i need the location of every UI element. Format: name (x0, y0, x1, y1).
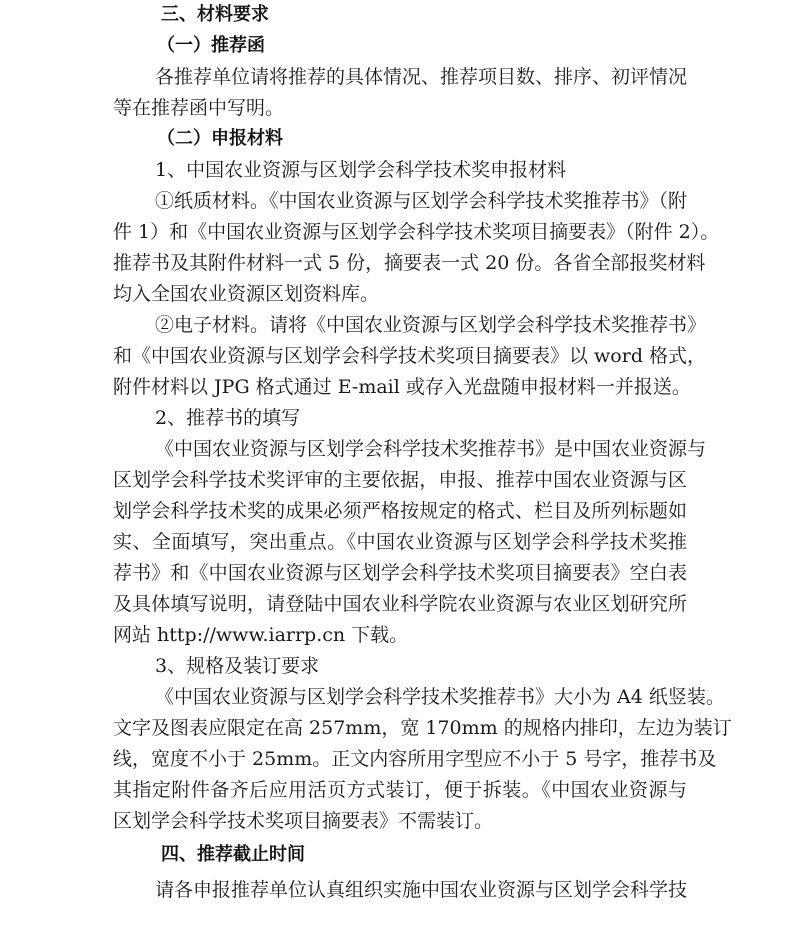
paragraph-line: 推荐书及其附件材料一式 5 份，摘要表一式 20 份。各省全部报奖材料 (113, 248, 687, 278)
item-3-heading: 3、规格及装订要求 (113, 651, 687, 681)
paragraph-line: 荐书》和《中国农业资源与区划学会科学技术奖项目摘要表》空白表 (113, 558, 687, 588)
paragraph-line: 及具体填写说明，请登陆中国农业科学院农业资源与农业区划研究所 (113, 589, 687, 619)
section-4-heading: 四、推荐截止时间 (113, 840, 687, 870)
paragraph-line: ②电子材料。请将《中国农业资源与区划学会科学技术奖推荐书》 (113, 310, 687, 340)
paragraph-line: ①纸质材料。《中国农业资源与区划学会科学技术奖推荐书》（附 (113, 186, 687, 216)
item-2-heading: 2、推荐书的填写 (113, 403, 687, 433)
paragraph-line: 《中国农业资源与区划学会科学技术奖推荐书》是中国农业资源与 (113, 434, 687, 464)
paragraph-line: 区划学会科学技术奖项目摘要表》不需装订。 (113, 806, 687, 836)
paragraph-line: 其指定附件备齐后应用活页方式装订，便于拆装。《中国农业资源与 (113, 775, 687, 805)
paragraph-line: 区划学会科学技术奖评审的主要依据，申报、推荐中国农业资源与区 (113, 465, 687, 495)
paragraph-line: 件 1）和《中国农业资源与区划学会科学技术奖项目摘要表》（附件 2）。 (113, 217, 687, 247)
paragraph-line: 划学会科学技术奖的成果必须严格按规定的格式、栏目及所列标题如 (113, 496, 687, 526)
paragraph-line: 等在推荐函中写明。 (113, 93, 687, 123)
paragraph-line: 线，宽度不小于 25mm。正文内容所用字型应不小于 5 号字，推荐书及 (113, 744, 687, 774)
paragraph-line: 实、全面填写，突出重点。《中国农业资源与区划学会科学技术奖推 (113, 527, 687, 557)
subsection-application-materials-heading: （二）申报材料 (113, 124, 687, 154)
paragraph-line: 文字及图表应限定在高 257mm，宽 170mm 的规格内排印，左边为装订 (113, 713, 687, 743)
paragraph-line: 附件材料以 JPG 格式通过 E-mail 或存入光盘随申报材料一并报送。 (113, 372, 687, 402)
paragraph-line: 请各申报推荐单位认真组织实施中国农业资源与区划学会科学技 (113, 875, 687, 905)
paragraph-line: 和《中国农业资源与区划学会科学技术奖项目摘要表》以 word 格式， (113, 341, 687, 371)
subsection-recommendation-letter-heading: （一）推荐函 (113, 31, 687, 61)
paragraph-line: 各推荐单位请将推荐的具体情况、推荐项目数、排序、初评情况 (113, 62, 687, 92)
website-download-line: 网站 http://www.iarrp.cn 下载。 (113, 620, 687, 650)
paragraph-line: 《中国农业资源与区划学会科学技术奖推荐书》大小为 A4 纸竖装。 (113, 682, 687, 712)
section-3-heading: 三、材料要求 (113, 0, 687, 30)
paragraph-line: 均入全国农业资源区划资料库。 (113, 279, 687, 309)
item-1-heading: 1、中国农业资源与区划学会科学技术奖申报材料 (113, 155, 687, 185)
